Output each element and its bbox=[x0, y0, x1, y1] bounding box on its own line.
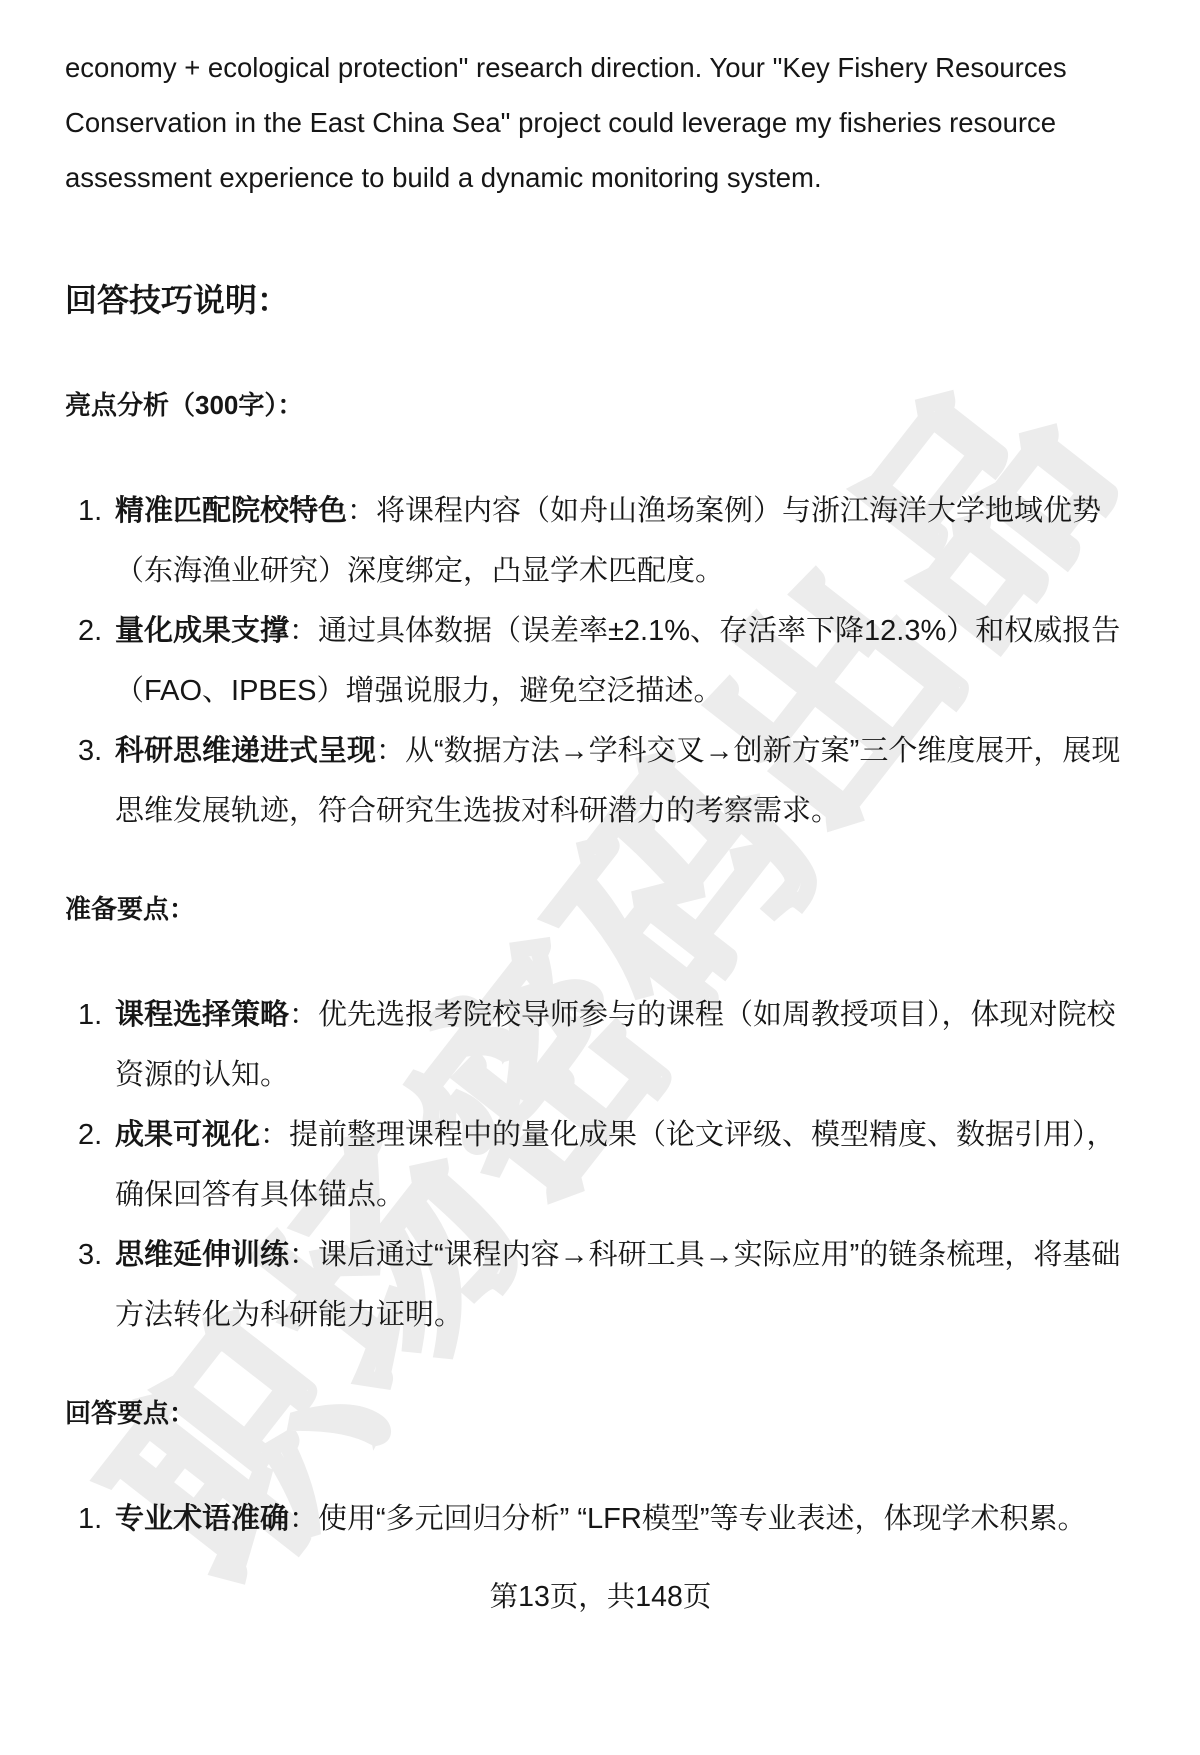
list-item-text: 思维延伸训练：课后通过“课程内容→科研工具→实际应用”的链条梳理，将基础方法转化… bbox=[115, 1225, 1136, 1345]
list-item-number: 3. bbox=[65, 1225, 115, 1285]
preparation-points-list: 1. 课程选择策略：优先选报考院校导师参与的课程（如周教授项目），体现对院校资源… bbox=[65, 985, 1136, 1345]
highlight-analysis-list: 1. 精准匹配院校特色：将课程内容（如舟山渔场案例）与浙江海洋大学地域优势（东海… bbox=[65, 481, 1136, 841]
section-heading-answer-techniques: 回答技巧说明： bbox=[65, 277, 1136, 323]
list-item-text: 成果可视化：提前整理课程中的量化成果（论文评级、模型精度、数据引用），确保回答有… bbox=[115, 1105, 1136, 1225]
list-item-term: 课程选择策略 bbox=[115, 999, 289, 1031]
subheading-preparation-points: 准备要点： bbox=[65, 889, 1136, 929]
list-item-desc: ：使用“多元回归分析” “LFR模型”等专业表述，体现学术积累。 bbox=[289, 1503, 1086, 1535]
list-item-desc: ：提前整理课程中的量化成果（论文评级、模型精度、数据引用），确保回答有具体锚点。 bbox=[115, 1119, 1116, 1211]
list-item-text: 课程选择策略：优先选报考院校导师参与的课程（如周教授项目），体现对院校资源的认知… bbox=[115, 985, 1136, 1105]
subheading-highlight-analysis: 亮点分析（300字）： bbox=[65, 385, 1136, 425]
list-item-number: 3. bbox=[65, 721, 115, 781]
list-item: 3. 科研思维递进式呈现：从“数据方法→学科交叉→创新方案”三个维度展开，展现思… bbox=[65, 721, 1136, 841]
list-item-text: 科研思维递进式呈现：从“数据方法→学科交叉→创新方案”三个维度展开，展现思维发展… bbox=[115, 721, 1136, 841]
document-page: 职场密码出品 economy + ecological protection" … bbox=[0, 0, 1200, 1755]
list-item-number: 1. bbox=[65, 481, 115, 541]
page-content: economy + ecological protection" researc… bbox=[0, 0, 1200, 1617]
list-item: 2. 量化成果支撑：通过具体数据（误差率±2.1%、存活率下降12.3%）和权威… bbox=[65, 601, 1136, 721]
list-item-number: 2. bbox=[65, 601, 115, 661]
intro-paragraph: economy + ecological protection" researc… bbox=[65, 40, 1145, 205]
list-item-number: 1. bbox=[65, 985, 115, 1045]
list-item-text: 量化成果支撑：通过具体数据（误差率±2.1%、存活率下降12.3%）和权威报告（… bbox=[115, 601, 1136, 721]
list-item-term: 专业术语准确 bbox=[115, 1503, 289, 1535]
list-item-text: 精准匹配院校特色：将课程内容（如舟山渔场案例）与浙江海洋大学地域优势（东海渔业研… bbox=[115, 481, 1136, 601]
list-item-number: 2. bbox=[65, 1105, 115, 1165]
list-item-term: 成果可视化 bbox=[115, 1119, 260, 1151]
list-item: 1. 课程选择策略：优先选报考院校导师参与的课程（如周教授项目），体现对院校资源… bbox=[65, 985, 1136, 1105]
list-item-text: 专业术语准确：使用“多元回归分析” “LFR模型”等专业表述，体现学术积累。 bbox=[115, 1489, 1136, 1549]
list-item-term: 量化成果支撑 bbox=[115, 615, 289, 647]
list-item: 2. 成果可视化：提前整理课程中的量化成果（论文评级、模型精度、数据引用），确保… bbox=[65, 1105, 1136, 1225]
list-item: 1. 精准匹配院校特色：将课程内容（如舟山渔场案例）与浙江海洋大学地域优势（东海… bbox=[65, 481, 1136, 601]
list-item: 1. 专业术语准确：使用“多元回归分析” “LFR模型”等专业表述，体现学术积累… bbox=[65, 1489, 1136, 1549]
list-item: 3. 思维延伸训练：课后通过“课程内容→科研工具→实际应用”的链条梳理，将基础方… bbox=[65, 1225, 1136, 1345]
subheading-answer-points: 回答要点： bbox=[65, 1393, 1136, 1433]
list-item-term: 科研思维递进式呈现 bbox=[115, 735, 376, 767]
list-item-term: 思维延伸训练 bbox=[115, 1239, 289, 1271]
answer-points-list: 1. 专业术语准确：使用“多元回归分析” “LFR模型”等专业表述，体现学术积累… bbox=[65, 1489, 1136, 1549]
page-number: 第13页，共148页 bbox=[65, 1577, 1136, 1617]
list-item-number: 1. bbox=[65, 1489, 115, 1549]
list-item-term: 精准匹配院校特色 bbox=[115, 495, 347, 527]
